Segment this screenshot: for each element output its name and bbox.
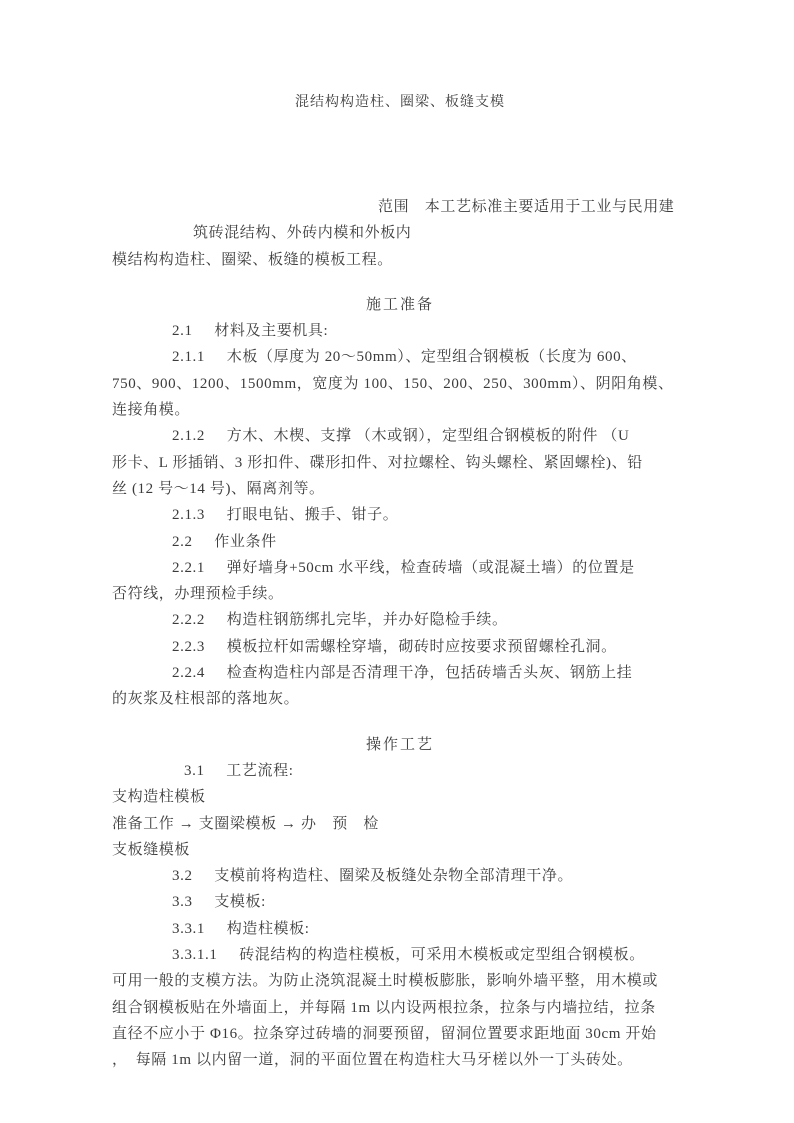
doc-line: 直径不应小于 Φ16。拉条穿过砖墙的洞要预留，留洞位置要求距地面 30cm 开始 xyxy=(112,1021,688,1047)
document-lines: 范围 本工艺标准主要适用于工业与民用建筑砖混结构、外砖内模和外板内模结构构造柱、… xyxy=(112,194,688,1074)
doc-line: 丝 (12 号～14 号)、隔离剂等。 xyxy=(112,476,688,502)
doc-line: 2.1.3 打眼电钻、搬手、钳子。 xyxy=(112,502,688,528)
doc-line: 组合钢模板贴在外墙面上，并每隔 1m 以内设两根拉条，拉条与内墙拉结，拉条 xyxy=(112,995,688,1021)
doc-line: 否符线，办理预检手续。 xyxy=(112,581,688,607)
section-heading: 施工准备 xyxy=(112,292,688,318)
document-title: 混结构构造柱、圈梁、板缝支模 xyxy=(112,90,688,116)
doc-line: 2.2.3 模板拉杆如需螺栓穿墙，砌砖时应按要求预留螺栓孔洞。 xyxy=(112,634,688,660)
doc-line: 连接角模。 xyxy=(112,397,688,423)
doc-line: 支构造柱模板 xyxy=(112,784,688,810)
doc-line: 2.1.2 方木、木楔、支撑 （木或钢），定型组合钢模板的附件 （U xyxy=(112,423,688,449)
doc-line: 范围 本工艺标准主要适用于工业与民用建 xyxy=(112,194,688,220)
doc-line: 3.3.1 构造柱模板: xyxy=(112,916,688,942)
doc-line: 2.2.1 弹好墙身+50cm 水平线，检查砖墙（或混凝土墙）的位置是 xyxy=(112,555,688,581)
doc-line: 模结构构造柱、圈梁、板缝的模板工程。 xyxy=(112,247,688,273)
document-body: 混结构构造柱、圈梁、板缝支模 范围 本工艺标准主要适用于工业与民用建筑砖混结构、… xyxy=(0,0,794,1074)
doc-line: 筑砖混结构、外砖内模和外板内 xyxy=(112,220,688,246)
doc-line: 支板缝模板 xyxy=(112,837,688,863)
doc-line: 2.1.1 木板（厚度为 20～50mm）、定型组合钢模板（长度为 600、 xyxy=(112,344,688,370)
doc-line: 的灰浆及柱根部的落地灰。 xyxy=(112,686,688,712)
doc-line: 750、900、1200、1500mm，宽度为 100、150、200、250、… xyxy=(112,371,688,397)
doc-line: 2.2 作业条件 xyxy=(112,529,688,555)
doc-line: 2.1 材料及主要机具: xyxy=(112,318,688,344)
doc-line: 可用一般的支模方法。为防止浇筑混凝土时模板膨胀，影响外墙平整，用木模或 xyxy=(112,968,688,994)
doc-line: 3.2 支模前将构造柱、圈梁及板缝处杂物全部清理干净。 xyxy=(112,863,688,889)
doc-line: 准备工作 → 支圈梁模板 → 办 预 检 xyxy=(112,811,688,837)
doc-line: 3.3 支模板: xyxy=(112,889,688,915)
document-page: 混结构构造柱、圈梁、板缝支模 范围 本工艺标准主要适用于工业与民用建筑砖混结构、… xyxy=(0,0,794,1123)
section-heading: 操作工艺 xyxy=(112,732,688,758)
doc-line: 3.1 工艺流程: xyxy=(112,758,688,784)
doc-line: 形卡、L 形插销、3 形扣件、碟形扣件、对拉螺栓、钩头螺栓、紧固螺栓)、铅 xyxy=(112,450,688,476)
doc-line: ， 每隔 1m 以内留一道，洞的平面位置在构造柱大马牙槎以外一丁头砖处。 xyxy=(112,1047,688,1073)
doc-line: 2.2.2 构造柱钢筋绑扎完毕，并办好隐检手续。 xyxy=(112,607,688,633)
doc-line: 2.2.4 检查构造柱内部是否清理干净，包括砖墙舌头灰、钢筋上挂 xyxy=(112,660,688,686)
doc-line: 3.3.1.1 砖混结构的构造柱模板，可采用木模板或定型组合钢模板。 xyxy=(112,942,688,968)
